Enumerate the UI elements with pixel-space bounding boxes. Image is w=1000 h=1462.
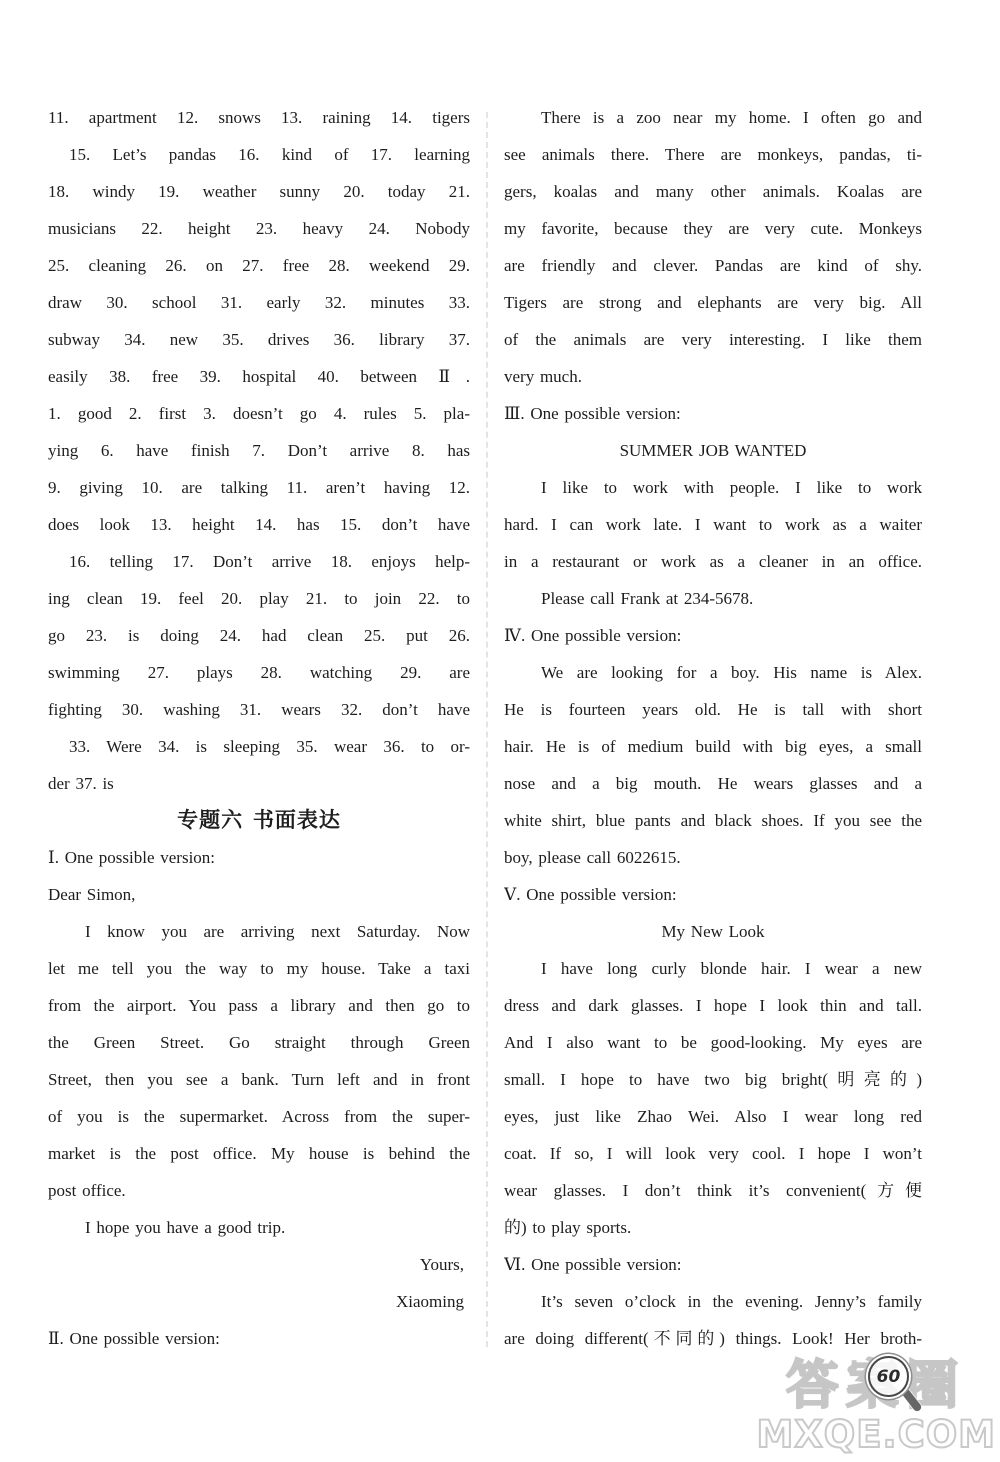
text-line: Tigers are strong and elephants are very… (504, 284, 922, 321)
text-line: small. I hope to have two big bright(明亮的… (504, 1061, 922, 1098)
text-line: 9. giving 10. are talking 11. aren’t hav… (48, 469, 470, 506)
text-line: coat. If so, I will look very cool. I ho… (504, 1135, 922, 1172)
text-line: from the airport. You pass a library and… (48, 987, 470, 1024)
text-line: in a restaurant or work as a cleaner in … (504, 543, 922, 580)
text-line: subway 34. new 35. drives 36. library 37… (48, 321, 470, 358)
text-line: the Green Street. Go straight through Gr… (48, 1024, 470, 1061)
answer-key-page: 11. apartment 12. snows 13. raining 14. … (0, 0, 1000, 1462)
text-line: swimming 27. plays 28. watching 29. are (48, 654, 470, 691)
answer-label: Ⅵ. One possible version: (504, 1246, 922, 1283)
text-line: draw 30. school 31. early 32. minutes 33… (48, 284, 470, 321)
text-line: der 37. is (48, 765, 470, 802)
page-number: 60 (877, 1367, 901, 1387)
text-line: see animals there. There are monkeys, pa… (504, 136, 922, 173)
text-line: go 23. is doing 24. had clean 25. put 26… (48, 617, 470, 654)
text-line: let me tell you the way to my house. Tak… (48, 950, 470, 987)
text-line: 33. Were 34. is sleeping 35. wear 36. to… (48, 728, 470, 765)
answer-label: Ⅰ. One possible version: (48, 839, 470, 876)
text-line: fighting 30. washing 31. wears 32. don’t… (48, 691, 470, 728)
text-line: musicians 22. height 23. heavy 24. Nobod… (48, 210, 470, 247)
text-line: And I also want to be good-looking. My e… (504, 1024, 922, 1061)
answer-label: Ⅴ. One possible version: (504, 876, 922, 913)
text-line: post office. (48, 1172, 470, 1209)
text-line: hair. He is of medium build with big eye… (504, 728, 922, 765)
text-line: white shirt, blue pants and black shoes.… (504, 802, 922, 839)
text-line: eyes, just like Zhao Wei. Also I wear lo… (504, 1098, 922, 1135)
text-line: dress and dark glasses. I hope I look th… (504, 987, 922, 1024)
text-line: 11. apartment 12. snows 13. raining 14. … (48, 99, 470, 136)
left-column: 11. apartment 12. snows 13. raining 14. … (48, 99, 470, 1357)
text-line: I like to work with people. I like to wo… (504, 469, 922, 506)
text-line: ying 6. have finish 7. Don’t arrive 8. h… (48, 432, 470, 469)
answer-label: Ⅱ. One possible version: (48, 1320, 470, 1357)
answer-label: Ⅳ. One possible version: (504, 617, 922, 654)
text-line: my favorite, because they are very cute.… (504, 210, 922, 247)
text-line: are friendly and clever. Pandas are kind… (504, 247, 922, 284)
text-line: of you is the supermarket. Across from t… (48, 1098, 470, 1135)
text-line: We are looking for a boy. His name is Al… (504, 654, 922, 691)
text-line: ing clean 19. feel 20. play 21. to join … (48, 580, 470, 617)
text-line: 的) to play sports. (504, 1209, 922, 1246)
text-line: Yours, (48, 1246, 470, 1283)
text-line: are doing different(不同的) things. Look! H… (504, 1320, 922, 1357)
column-divider (486, 112, 488, 1347)
text-line: Please call Frank at 234-5678. (504, 580, 922, 617)
text-line: wear glasses. I don’t think it’s conveni… (504, 1172, 922, 1209)
text-line: I know you are arriving next Saturday. N… (48, 913, 470, 950)
right-column: There is a zoo near my home. I often go … (504, 99, 922, 1357)
text-line: I hope you have a good trip. (48, 1209, 470, 1246)
text-line: 15. Let’s pandas 16. kind of 17. learnin… (48, 136, 470, 173)
text-line: It’s seven o’clock in the evening. Jenny… (504, 1283, 922, 1320)
magnifier-lens-icon: 60 (868, 1356, 909, 1397)
text-line: Street, then you see a bank. Turn left a… (48, 1061, 470, 1098)
text-line: easily 38. free 39. hospital 40. between… (48, 358, 470, 395)
text-line: does look 13. height 14. has 15. don’t h… (48, 506, 470, 543)
page-number-badge: 60 (866, 1354, 930, 1426)
text-line: Dear Simon, (48, 876, 470, 913)
text-line: 16. telling 17. Don’t arrive 18. enjoys … (48, 543, 470, 580)
text-line: very much. (504, 358, 922, 395)
text-line: of the animals are very interesting. I l… (504, 321, 922, 358)
text-line: market is the post office. My house is b… (48, 1135, 470, 1172)
essay-title: SUMMER JOB WANTED (504, 432, 922, 469)
answer-label: Ⅲ. One possible version: (504, 395, 922, 432)
text-line: gers, koalas and many other animals. Koa… (504, 173, 922, 210)
text-line: 18. windy 19. weather sunny 20. today 21… (48, 173, 470, 210)
text-line: hard. I can work late. I want to work as… (504, 506, 922, 543)
essay-title: My New Look (504, 913, 922, 950)
text-line: 25. cleaning 26. on 27. free 28. weekend… (48, 247, 470, 284)
text-line: There is a zoo near my home. I often go … (504, 99, 922, 136)
text-line: nose and a big mouth. He wears glasses a… (504, 765, 922, 802)
section-heading: 专题六 书面表达 (48, 802, 470, 839)
text-line: Xiaoming (48, 1283, 470, 1320)
text-line: He is fourteen years old. He is tall wit… (504, 691, 922, 728)
text-line: 1. good 2. first 3. doesn’t go 4. rules … (48, 395, 470, 432)
text-line: I have long curly blonde hair. I wear a … (504, 950, 922, 987)
text-line: boy, please call 6022615. (504, 839, 922, 876)
